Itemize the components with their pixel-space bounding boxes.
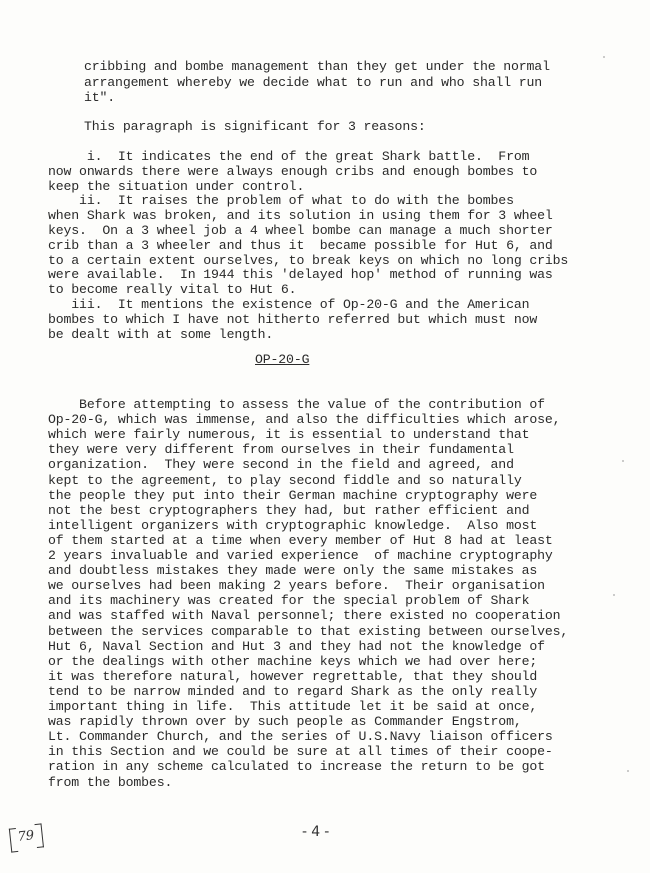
text-line: to a certain extent ourselves, to break … — [48, 254, 568, 268]
text-line: be dealt with at some length. — [48, 328, 273, 342]
text-line: Op-20-G, which was immense, and also the… — [48, 413, 560, 427]
page-number: - 4 - — [302, 824, 329, 840]
text-line: not the best cryptographers they had, bu… — [48, 504, 529, 518]
text-line: cribbing and bombe management than they … — [84, 60, 550, 74]
text-line: 2 years invaluable and varied experience… — [48, 549, 553, 563]
bracket-right-icon — [34, 823, 43, 848]
text-line: ii. It raises the problem of what to do … — [48, 194, 514, 208]
text-line: it". — [84, 91, 115, 105]
text-line: the people they put into their German ma… — [48, 489, 537, 503]
archive-mark: 79 — [9, 825, 44, 852]
document-page: cribbing and bombe management than they … — [0, 0, 650, 873]
text-line: keep the situation under control. — [48, 180, 304, 194]
text-line: when Shark was broken, and its solution … — [48, 209, 553, 223]
scan-speck — [622, 460, 624, 462]
text-line: organization. They were second in the fi… — [48, 458, 514, 472]
text-line: Lt. Commander Church, and the series of … — [48, 730, 553, 744]
text-line: Before attempting to assess the value of… — [48, 398, 545, 412]
text-line: i. It indicates the end of the great Sha… — [48, 150, 529, 164]
text-line: kept to the agreement, to play second fi… — [48, 474, 522, 488]
text-line: or the dealings with other machine keys … — [48, 655, 537, 669]
text-line: now onwards there were always enough cri… — [48, 165, 537, 179]
text-line: which were fairly numerous, it is essent… — [48, 428, 529, 442]
text-line: we ourselves had been making 2 years bef… — [48, 579, 545, 593]
text-line: intelligent organizers with cryptographi… — [48, 519, 537, 533]
text-line: important thing in life. This attitude l… — [48, 700, 537, 714]
text-line: were available. In 1944 this 'delayed ho… — [48, 268, 553, 282]
text-line: between the services comparable to that … — [48, 625, 568, 639]
text-line: bombes to which I have not hitherto refe… — [48, 313, 537, 327]
text-line: and was staffed with Naval personnel; th… — [48, 609, 560, 623]
text-line: Hut 6, Naval Section and Hut 3 and they … — [48, 640, 545, 654]
text-line: crib than a 3 wheeler and thus it became… — [48, 239, 553, 253]
text-line: ration in any scheme calculated to incre… — [48, 760, 545, 774]
section-heading: OP-20-G — [255, 353, 309, 367]
scan-speck — [613, 594, 615, 596]
text-line: of them started at a time when every mem… — [48, 534, 553, 548]
scan-speck — [627, 770, 629, 772]
text-line: to become really vital to Hut 6. — [48, 283, 296, 297]
text-line: and doubtless mistakes they made were on… — [48, 564, 537, 578]
text-line: arrangement whereby we decide what to ru… — [84, 76, 542, 90]
text-line: was rapidly thrown over by such people a… — [48, 715, 522, 729]
text-line: in this Section and we could be sure at … — [48, 745, 553, 759]
text-line: keys. On a 3 wheel job a 4 wheel bombe c… — [48, 224, 553, 238]
text-line: iii. It mentions the existence of Op-20-… — [48, 298, 529, 312]
reasons-intro: This paragraph is significant for 3 reas… — [84, 120, 426, 134]
text-line: and its machinery was created for the sp… — [48, 594, 529, 608]
text-line: tend to be narrow minded and to regard S… — [48, 685, 537, 699]
archive-number: 79 — [17, 828, 35, 845]
scan-speck — [603, 56, 605, 58]
text-line: they were very different from ourselves … — [48, 443, 514, 457]
text-line: it was therefore natural, however regret… — [48, 670, 537, 684]
text-line: from the bombes. — [48, 776, 172, 790]
